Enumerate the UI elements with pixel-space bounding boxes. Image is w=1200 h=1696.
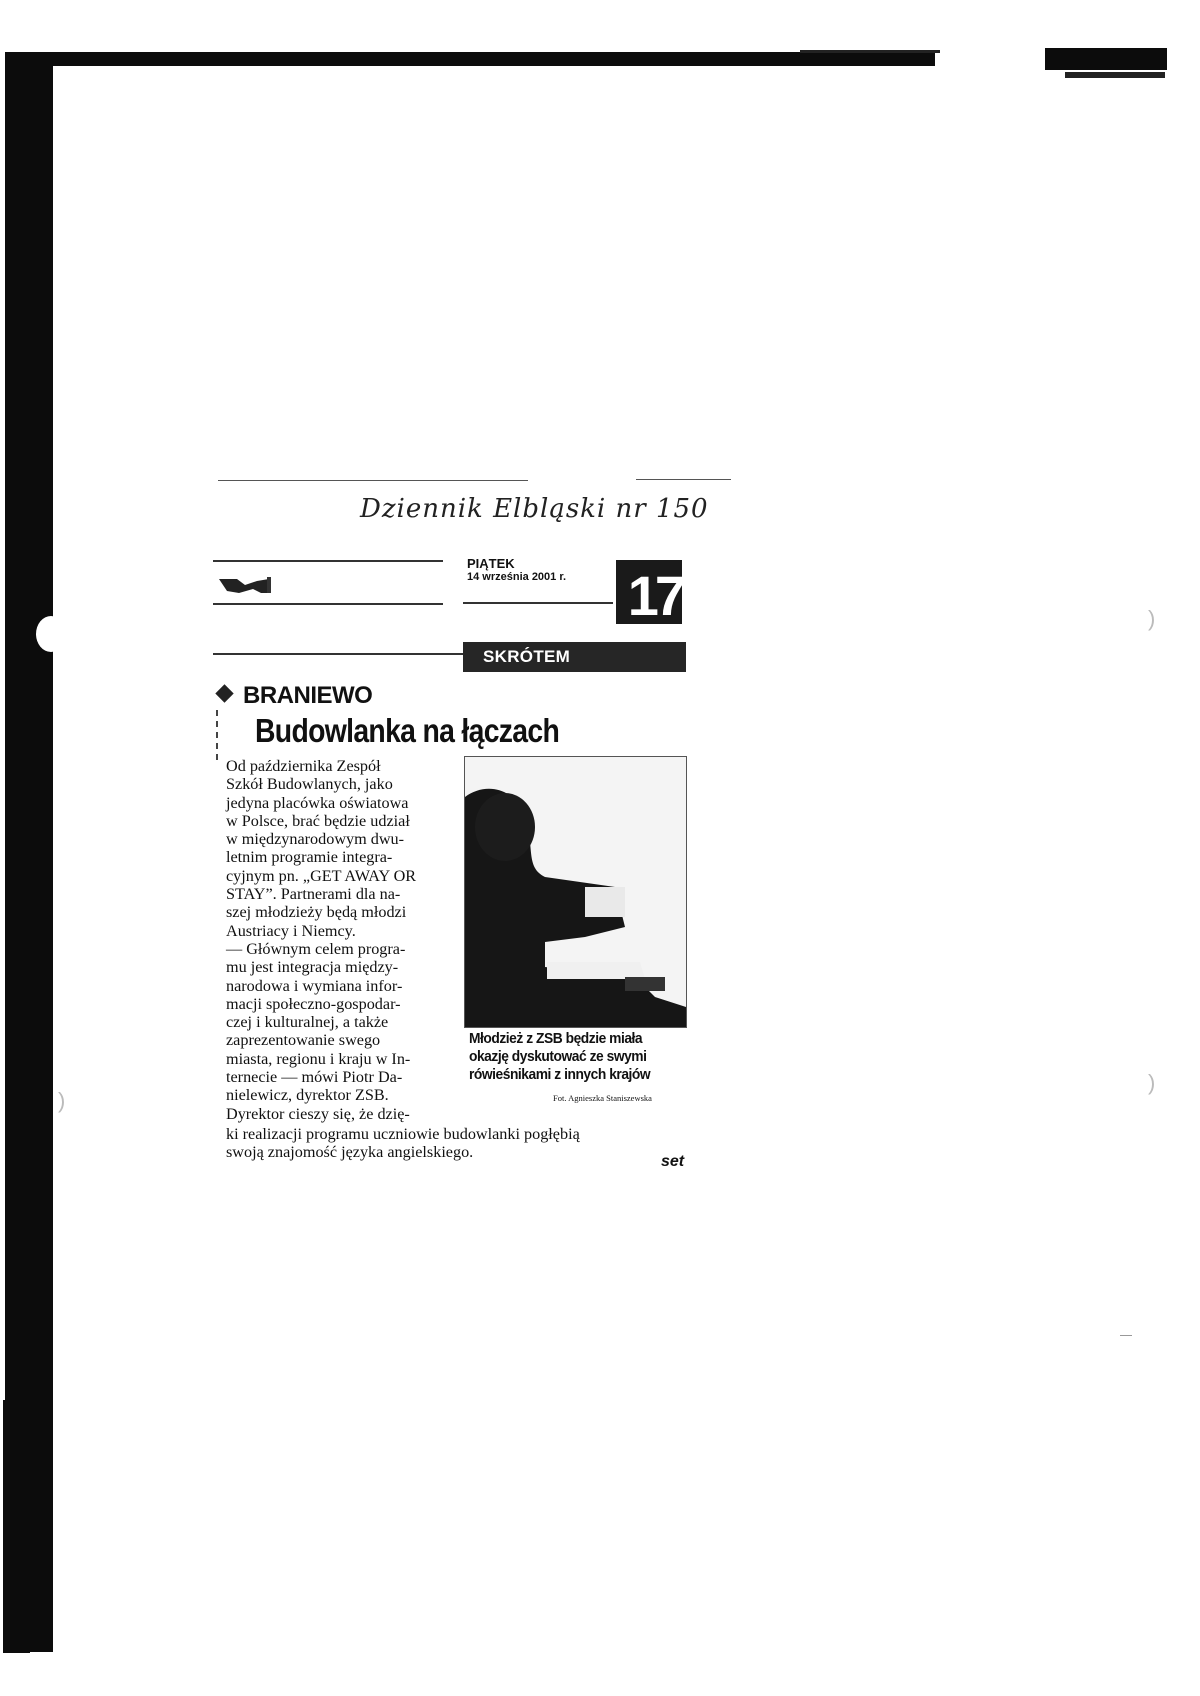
caption-line: okazję dyskutować ze swymi <box>469 1048 650 1066</box>
article-kicker: BRANIEWO <box>218 682 372 710</box>
body-line: mu jest integracja między- <box>226 958 462 976</box>
body-line: STAY”. Partnerami dla na- <box>226 885 462 903</box>
article-photo <box>464 756 687 1028</box>
handwritten-note: Dziennik Elbląski nr 150 <box>360 494 709 524</box>
body-line: nielewicz, dyrektor ZSB. <box>226 1086 462 1104</box>
scan-top-edge <box>5 52 935 66</box>
body-line: letnim programie integra- <box>226 848 462 866</box>
body-line: miasta, regionu i kraju w In- <box>226 1050 462 1068</box>
author-signature: set <box>661 1153 684 1171</box>
body-line: — Głównym celem progra- <box>226 940 462 958</box>
body-line: w międzynarodowym dwu- <box>226 830 462 848</box>
masthead-rule-bottom <box>213 603 443 605</box>
page-number: 17 <box>616 560 682 624</box>
body-line: ki realizacji programu uczniowie budowla… <box>226 1125 696 1143</box>
scan-corner-artifact-streak <box>1065 72 1165 78</box>
caption-line: Młodzież z ZSB będzie miała <box>469 1030 650 1048</box>
body-line: ternecie — mówi Piotr Da- <box>226 1068 462 1086</box>
body-line: Szkół Budowlanych, jako <box>226 775 462 793</box>
punch-hole <box>36 616 66 652</box>
scan-speck <box>1120 1335 1132 1336</box>
punch-hole-mark: ) <box>1148 606 1155 632</box>
body-line: w Polsce, brać będzie udział <box>226 812 462 830</box>
photo-students-at-computer <box>465 757 686 1027</box>
photo-caption: Młodzież z ZSB będzie miała okazję dysku… <box>469 1030 650 1084</box>
section-label: SKRÓTEM <box>463 642 686 672</box>
date-rule <box>463 602 613 604</box>
masthead-rule-top <box>213 560 443 562</box>
article-headline: Budowlanka na łączach <box>255 712 559 750</box>
section-rule <box>213 653 463 655</box>
body-line: jedyna placówka oświatowa <box>226 794 462 812</box>
punch-hole-mark: ) <box>1148 1070 1155 1096</box>
weekday: PIĄTEK <box>467 556 515 571</box>
issue-date: 14 września 2001 r. <box>467 571 566 583</box>
section-label-text: SKRÓTEM <box>483 647 570 666</box>
body-line: swoją znajomość języka angielskiego. <box>226 1143 696 1161</box>
newspaper-logo-icon <box>217 573 275 597</box>
body-line: szej młodzieży będą młodzi <box>226 903 462 921</box>
body-line: cyjnym pn. „GET AWAY OR <box>226 867 462 885</box>
body-line: zaprezentowanie swego <box>226 1031 462 1049</box>
body-line: Od października Zespół <box>226 757 462 775</box>
body-line: Austriacy i Niemcy. <box>226 922 462 940</box>
scan-left-edge-bottom <box>3 1400 30 1653</box>
margin-mark <box>216 710 219 760</box>
body-line: narodowa i wymiana infor- <box>226 977 462 995</box>
body-line: Dyrektor cieszy się, że dzię- <box>226 1105 462 1123</box>
punch-hole-mark: ) <box>58 1088 65 1114</box>
scan-top-edge-thin <box>800 50 940 53</box>
body-line: macji społeczno-gospodar- <box>226 995 462 1013</box>
top-rule <box>218 480 528 481</box>
article-body-column: Od października Zespół Szkół Budowlanych… <box>226 757 462 1123</box>
caption-line: rówieśnikami z innych krajów <box>469 1066 650 1084</box>
body-line: czej i kulturalnej, a także <box>226 1013 462 1031</box>
article-body-wide: ki realizacji programu uczniowie budowla… <box>226 1125 696 1162</box>
top-rule-right <box>636 479 731 480</box>
diamond-bullet-icon <box>215 684 233 702</box>
photo-credit: Fot. Agnieszka Staniszewska <box>553 1093 652 1103</box>
scan-corner-artifact <box>1045 48 1167 70</box>
kicker-text: BRANIEWO <box>243 682 372 709</box>
